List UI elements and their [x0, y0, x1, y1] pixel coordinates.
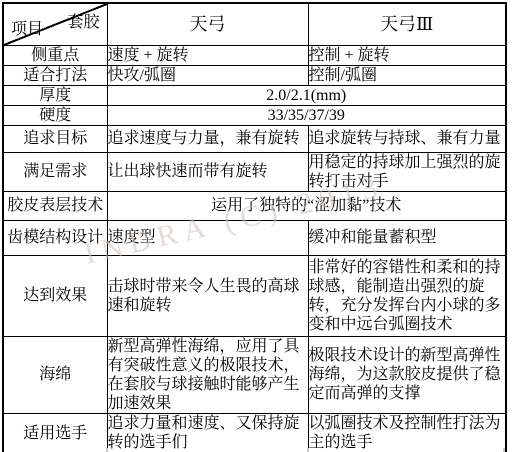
merged-value-cell: 2.0/2.1(mm): [107, 85, 506, 105]
table-row: 厚度2.0/2.1(mm): [3, 85, 506, 105]
row-label: 厚度: [3, 85, 107, 105]
value-cell-col1: 追求速度与力量，兼有旋转: [107, 125, 308, 152]
value-cell-col1: 快攻/弧圈: [107, 65, 308, 85]
value-cell-col2: 以弧圈技术及控制性打法为主的选手: [308, 413, 506, 452]
value-cell-col1: 追求力量和速度、又保持旋转的选手们: [107, 413, 308, 452]
table-row: 追求目标追求速度与力量，兼有旋转追求旋转与持球、兼有力量: [3, 125, 506, 152]
table-row: 胶皮表层技术运用了独特的“涩加黏”技术: [3, 191, 506, 220]
value-cell-col2: 用稳定的持球加上强烈的旋转打击对手: [308, 152, 506, 191]
header-corner-cell: 套胶 项目: [3, 3, 107, 45]
row-label: 齿模结构设计: [3, 220, 107, 255]
merged-value-cell: 运用了独特的“涩加黏”技术: [107, 191, 506, 220]
value-cell-col1: 让出球快速而带有旋转: [107, 152, 308, 191]
value-cell-col1: 速度型: [107, 220, 308, 255]
row-label: 侧重点: [3, 45, 107, 65]
value-cell-col1: 新型高弹性海绵，应用了具有突破性意义的极限技术，在套胶与球接触时能够产生加速效果: [107, 336, 308, 413]
column-header-col2: 天弓Ⅲ: [308, 3, 506, 45]
value-cell-col1: 击球时带来令人生畏的高球速和旋转: [107, 255, 308, 336]
row-label: 胶皮表层技术: [3, 191, 107, 220]
page: 套胶 项目 天弓 天弓Ⅲ 侧重点速度 + 旋转控制 + 旋转适合打法快攻/弧圈控…: [0, 0, 512, 452]
value-cell-col2: 控制/弧圈: [308, 65, 506, 85]
comparison-table: 套胶 项目 天弓 天弓Ⅲ 侧重点速度 + 旋转控制 + 旋转适合打法快攻/弧圈控…: [2, 2, 507, 452]
grid-stub: [106, 448, 108, 452]
row-label: 追求目标: [3, 125, 107, 152]
row-label: 硬度: [3, 105, 107, 125]
table-row: 齿模结构设计速度型缓冲和能量蓄积型: [3, 220, 506, 255]
table-row: 达到效果击球时带来令人生畏的高球速和旋转非常好的容错性和柔和的持球感，能制造出强…: [3, 255, 506, 336]
table-row: 海绵新型高弹性海绵，应用了具有突破性意义的极限技术，在套胶与球接触时能够产生加速…: [3, 336, 506, 413]
table-row: 适合打法快攻/弧圈控制/弧圈: [3, 65, 506, 85]
row-label: 适用选手: [3, 413, 107, 452]
value-cell-col2: 追求旋转与持球、兼有力量: [308, 125, 506, 152]
column-header-col1: 天弓: [107, 3, 308, 45]
header-row: 套胶 项目 天弓 天弓Ⅲ: [3, 3, 506, 45]
corner-label-bottom: 项目: [11, 20, 43, 39]
row-label: 适合打法: [3, 65, 107, 85]
grid-stub: [307, 448, 309, 452]
row-label: 满足需求: [3, 152, 107, 191]
value-cell-col2: 极限技术设计的新型高弹性海绵，为这款胶皮提供了稳定而高弹的支撑: [308, 336, 506, 413]
value-cell-col2: 非常好的容错性和柔和的持球感，能制造出强烈的旋转，充分发挥台内小球的多变和中远台…: [308, 255, 506, 336]
corner-label-top: 套胶: [67, 13, 99, 32]
table-row: 侧重点速度 + 旋转控制 + 旋转: [3, 45, 506, 65]
value-cell-col2: 缓冲和能量蓄积型: [308, 220, 506, 255]
value-cell-col2: 控制 + 旋转: [308, 45, 506, 65]
value-cell-col1: 速度 + 旋转: [107, 45, 308, 65]
table-row: 满足需求让出球快速而带有旋转用稳定的持球加上强烈的旋转打击对手: [3, 152, 506, 191]
grid-stub: [503, 448, 505, 452]
merged-value-cell: 33/35/37/39: [107, 105, 506, 125]
table-row: 硬度33/35/37/39: [3, 105, 506, 125]
row-label: 海绵: [3, 336, 107, 413]
row-label: 达到效果: [3, 255, 107, 336]
table-row: 适用选手追求力量和速度、又保持旋转的选手们以弧圈技术及控制性打法为主的选手: [3, 413, 506, 452]
